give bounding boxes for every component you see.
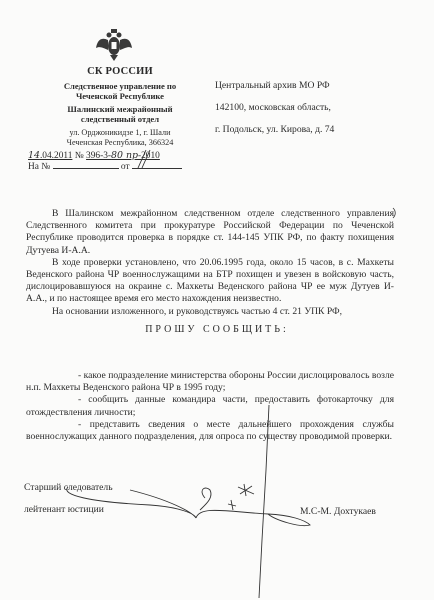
request-item-3: - представить сведения о месте дальнейше…	[26, 419, 394, 443]
request-heading: ПРОШУ СООБЩИТЬ:	[0, 324, 434, 335]
outgoing-reference: 14.04.2011 № 396-3-80 пр-2010	[28, 150, 160, 161]
recipient-line-3: г. Подольск, ул. Кирова, д. 74	[215, 124, 334, 135]
number-value: 396-3-	[86, 151, 111, 161]
org-name: СК РОССИИ	[30, 66, 210, 77]
sender-address: ул. Орджоникидзе 1, г. Шали Чеченская Ре…	[30, 128, 210, 148]
reply-reference: На № от	[28, 162, 182, 172]
request-item-1: - какое подразделение министерства оборо…	[26, 370, 394, 394]
recipient-line-1: Центральный архив МО РФ	[215, 80, 330, 91]
paragraph-3: На основании изложенного, и руководствуя…	[26, 306, 394, 318]
date-rest: .04.2011	[40, 151, 72, 161]
reply-label: На №	[28, 162, 50, 172]
reply-from-label: от	[121, 162, 130, 172]
department-name: Следственное управление по Чеченской Рес…	[30, 81, 210, 101]
request-list: - какое подразделение министерства оборо…	[26, 370, 394, 443]
signer-name: М.С-М. Дохтукаев	[300, 506, 376, 517]
number-label: №	[75, 151, 84, 161]
number-handwritten: 80 пр	[111, 150, 138, 161]
paragraph-1: В Шалинском межрайонном следственном отд…	[26, 208, 394, 257]
division-name: Шалинский межрайонный следственный отдел	[30, 104, 210, 124]
request-item-2: - сообщить данные командира части, предо…	[26, 394, 394, 418]
date-day-handwritten: 14	[28, 150, 40, 161]
signer-rank: лейтенант юстиции	[24, 504, 104, 515]
body-text: В Шалинском межрайонном следственном отд…	[26, 208, 394, 318]
recipient-line-2: 142100, московская область,	[215, 102, 331, 113]
coat-of-arms-emblem	[94, 28, 134, 62]
paragraph-2: В ходе проверки установлено, что 20.06.1…	[26, 257, 394, 306]
number-suffix: -2010	[138, 151, 160, 161]
signer-title: Старший следователь	[24, 482, 113, 493]
